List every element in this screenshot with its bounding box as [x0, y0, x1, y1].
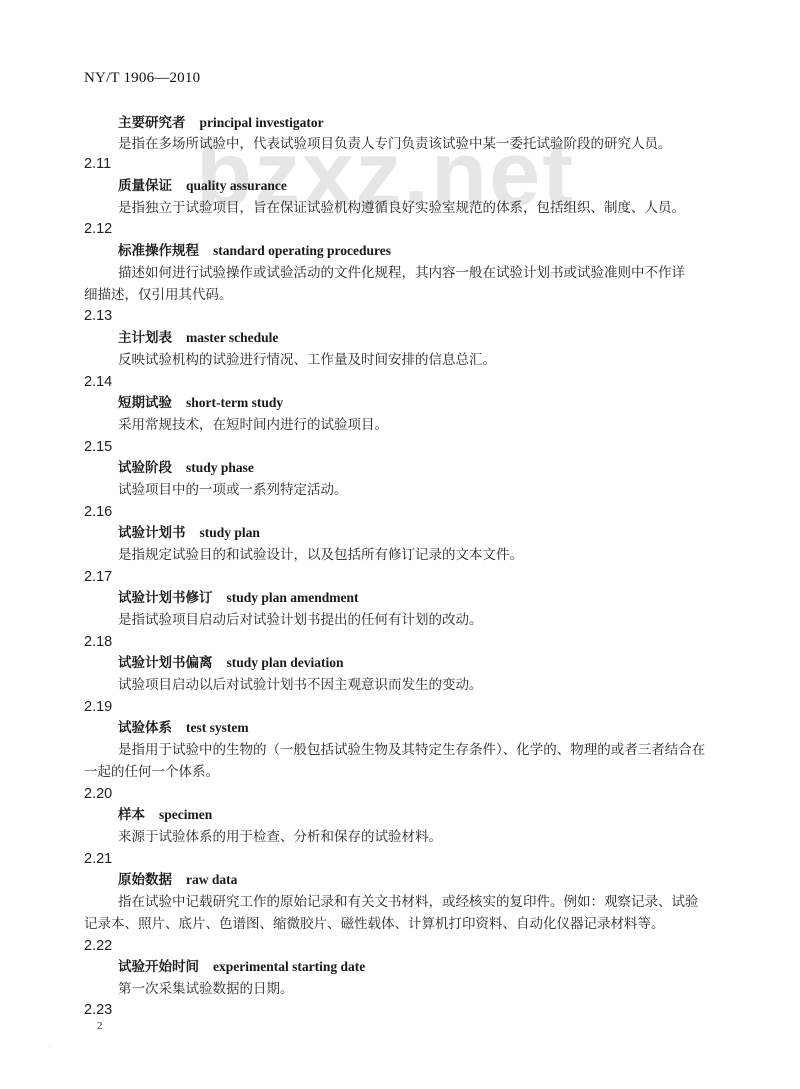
term-en: specimen [159, 807, 212, 822]
term-definition-continued: 细描述，仅引用其代码。 [84, 286, 233, 304]
clause-number: 2.23 [84, 1001, 112, 1019]
term-definition: 是指在多场所试验中，代表试验项目负责人专门负责该试验中某一委托试验阶段的研究人员… [118, 135, 672, 153]
clause-number: 2.22 [84, 937, 112, 955]
term-zh: 试验计划书修订 [118, 590, 213, 606]
clause-number: 2.19 [84, 698, 112, 716]
clause-number: 2.11 [84, 155, 111, 173]
term-en: master schedule [186, 330, 278, 345]
term-definition: 试验项目启动以后对试验计划书不因主观意识而发生的变动。 [118, 676, 483, 694]
term-heading: 样本specimen [118, 806, 212, 824]
scan-speck: · [49, 1044, 51, 1051]
term-definition: 试验项目中的一项或一系列特定活动。 [118, 481, 348, 499]
term-zh: 主计划表 [118, 330, 172, 346]
term-definition: 采用常规技术，在短时间内进行的试验项目。 [118, 416, 388, 434]
standard-code-header: NY/T 1906—2010 [84, 70, 200, 87]
term-definition: 是指用于试验中的生物的（一般包括试验生物及其特定生存条件）、化学的、物理的或者三… [118, 741, 705, 759]
term-zh: 试验计划书偏离 [118, 655, 213, 671]
term-zh: 试验计划书 [118, 525, 186, 541]
clause-number: 2.20 [84, 785, 112, 803]
term-en: raw data [186, 872, 237, 887]
clause-number: 2.13 [84, 307, 112, 325]
term-zh: 主要研究者 [118, 115, 186, 131]
term-en: experimental starting date [213, 959, 365, 974]
clause-number: 2.18 [84, 633, 112, 651]
term-zh: 标准操作规程 [118, 243, 199, 259]
term-zh: 试验体系 [118, 720, 172, 736]
clause-number: 2.15 [84, 438, 112, 456]
term-en: study plan [200, 525, 260, 540]
term-en: standard operating procedures [213, 243, 391, 258]
document-page: bzxz.net NY/T 1906—2010 主要研究者principal i… [0, 0, 800, 1089]
term-heading: 试验计划书偏离study plan deviation [118, 654, 344, 672]
term-definition: 第一次采集试验数据的日期。 [118, 980, 294, 998]
term-en: study phase [186, 460, 254, 475]
clause-number: 2.21 [84, 850, 112, 868]
term-heading: 试验体系test system [118, 719, 249, 737]
page-number: 2 [97, 1020, 103, 1032]
clause-number: 2.16 [84, 503, 112, 521]
term-en: test system [186, 720, 249, 735]
clause-number: 2.14 [84, 373, 112, 391]
term-definition: 指在试验中记载研究工作的原始记录和有关文书材料，或经核实的复印件。例如：观察记录… [118, 893, 699, 911]
term-heading: 试验开始时间experimental starting date [118, 958, 365, 976]
term-en: principal investigator [200, 115, 324, 130]
term-zh: 短期试验 [118, 395, 172, 411]
term-definition: 来源于试验体系的用于检查、分析和保存的试验材料。 [118, 828, 442, 846]
term-heading: 质量保证quality assurance [118, 177, 287, 195]
term-en: short-term study [186, 395, 283, 410]
term-zh: 试验开始时间 [118, 959, 199, 975]
term-heading: 原始数据raw data [118, 871, 237, 889]
term-en: study plan amendment [227, 590, 359, 605]
term-definition: 描述如何进行试验操作或试验活动的文件化规程，其内容一般在试验计划书或试验准则中不… [118, 264, 685, 282]
clause-number: 2.17 [84, 568, 112, 586]
term-definition-continued: 一起的任何一个体系。 [84, 763, 219, 781]
term-en: quality assurance [186, 178, 287, 193]
term-heading: 主计划表master schedule [118, 329, 278, 347]
term-heading: 试验计划书修订study plan amendment [118, 589, 359, 607]
term-heading: 标准操作规程standard operating procedures [118, 242, 391, 260]
term-definition: 是指试验项目启动后对试验计划书提出的任何有计划的改动。 [118, 611, 483, 629]
term-definition: 是指规定试验目的和试验设计，以及包括所有修订记录的文本文件。 [118, 546, 523, 564]
term-definition: 反映试验机构的试验进行情况、工作量及时间安排的信息总汇。 [118, 351, 496, 369]
term-en: study plan deviation [227, 655, 344, 670]
term-heading: 试验计划书study plan [118, 524, 260, 542]
clause-number: 2.12 [84, 220, 112, 238]
term-heading: 短期试验short-term study [118, 394, 283, 412]
term-zh: 试验阶段 [118, 460, 172, 476]
term-definition-continued: 记录本、照片、底片、色谱图、缩微胶片、磁性载体、计算机打印资料、自动化仪器记录材… [84, 915, 665, 933]
term-heading: 试验阶段study phase [118, 459, 254, 477]
term-zh: 原始数据 [118, 872, 172, 888]
term-zh: 样本 [118, 807, 145, 823]
term-heading: 主要研究者principal investigator [118, 114, 324, 132]
term-zh: 质量保证 [118, 178, 172, 194]
term-definition: 是指独立于试验项目，旨在保证试验机构遵循良好实验室规范的体系，包括组织、制度、人… [118, 199, 685, 217]
